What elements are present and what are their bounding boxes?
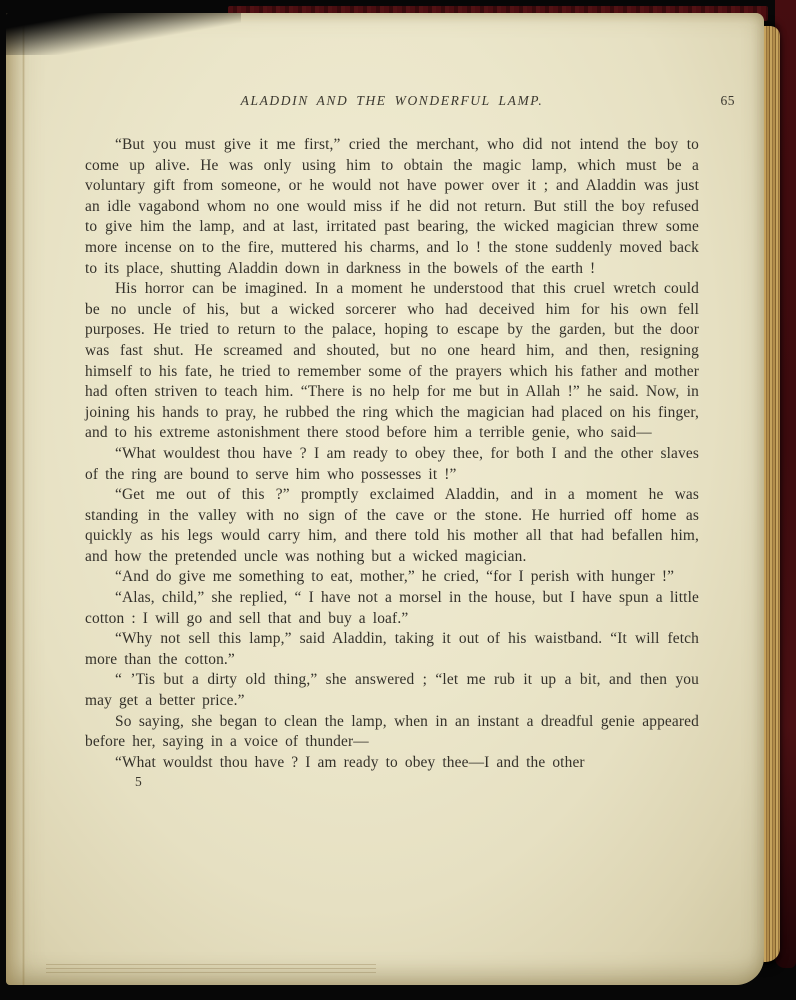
paragraph-2: His horror can be imagined. In a moment … (85, 279, 699, 444)
book-photo: ALADDIN AND THE WONDERFUL LAMP. 65 “But … (0, 0, 796, 1000)
page-crease (22, 13, 25, 985)
paragraph-4: “Get me out of this ?” promptly exclaime… (85, 485, 699, 567)
page-bottom-edge-lines (46, 964, 376, 973)
paragraph-5: “And do give me something to eat, mother… (85, 567, 699, 588)
book-page: ALADDIN AND THE WONDERFUL LAMP. 65 “But … (6, 13, 764, 985)
page-number: 65 (721, 93, 736, 109)
signature-mark: 5 (85, 774, 699, 790)
paragraph-8: “ ’Tis but a dirty old thing,” she answe… (85, 670, 699, 711)
paragraph-7: “Why not sell this lamp,” said Aladdin, … (85, 629, 699, 670)
running-header-title: ALADDIN AND THE WONDERFUL LAMP. (241, 93, 544, 108)
paragraph-6: “Alas, child,” she replied, “ I have not… (85, 588, 699, 629)
paragraph-9: So saying, she began to clean the lamp, … (85, 712, 699, 753)
paragraph-3: “What wouldest thou have ? I am ready to… (85, 444, 699, 485)
paragraph-1: “But you must give it me first,” cried t… (85, 135, 699, 279)
top-left-corner-shadow (6, 13, 241, 55)
running-header: ALADDIN AND THE WONDERFUL LAMP. 65 (85, 92, 699, 110)
body-text: “But you must give it me first,” cried t… (85, 135, 699, 773)
paragraph-10: “What wouldst thou have ? I am ready to … (85, 753, 699, 774)
text-block: ALADDIN AND THE WONDERFUL LAMP. 65 “But … (85, 92, 699, 790)
